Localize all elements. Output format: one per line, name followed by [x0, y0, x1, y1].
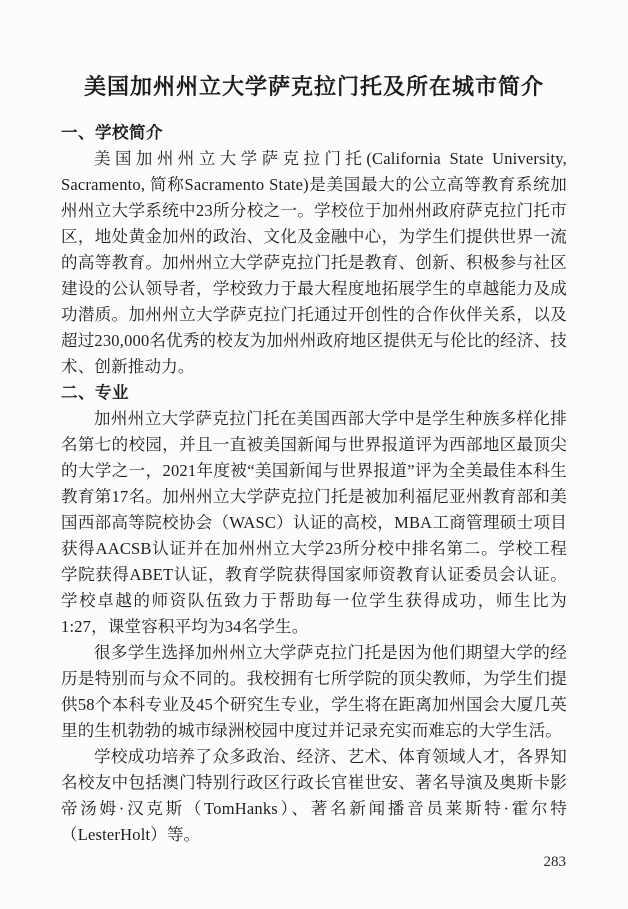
section-heading-school-intro: 一、学校简介 [61, 120, 567, 146]
paragraph-majors-experience: 很多学生选择加州州立大学萨克拉门托是因为他们期望大学的经历是特别而与众不同的。我… [61, 640, 567, 744]
paragraph-majors-rankings: 加州州立大学萨克拉门托在美国西部大学中是学生种族多样化排名第七的校园，并且一直被… [61, 406, 567, 640]
document-page: 美国加州州立大学萨克拉门托及所在城市简介 一、学校简介 美国加州州立大学萨克拉门… [0, 0, 628, 909]
section-majors: 二、专业 加州州立大学萨克拉门托在美国西部大学中是学生种族多样化排名第七的校园，… [61, 380, 567, 848]
section-school-intro: 一、学校简介 美国加州州立大学萨克拉门托(California State Un… [61, 120, 567, 380]
document-content: 美国加州州立大学萨克拉门托及所在城市简介 一、学校简介 美国加州州立大学萨克拉门… [61, 72, 567, 848]
paragraph-majors-alumni: 学校成功培养了众多政治、经济、艺术、体育领域人才，各界知名校友中包括澳门特别行政… [61, 744, 567, 848]
page-number: 283 [544, 853, 567, 871]
paragraph-school-intro: 美国加州州立大学萨克拉门托(California State Universit… [61, 146, 567, 380]
page-title: 美国加州州立大学萨克拉门托及所在城市简介 [61, 72, 567, 102]
section-heading-majors: 二、专业 [61, 380, 567, 406]
